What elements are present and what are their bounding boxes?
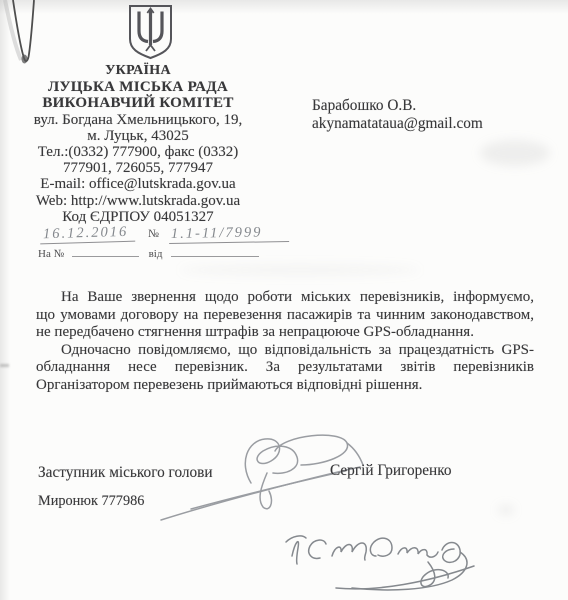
incoming-reference-row: На № від [38,246,259,260]
body-paragraph1-line1: На Ваше звернення щодо роботи міських пе… [36,289,534,307]
letterhead-org-line1: ЛУЦЬКА МІСЬКА РАДА [0,79,276,95]
scan-smudge [180,264,420,276]
letterhead-email-line: E-mail: office@lutskrada.gov.ua [0,176,276,192]
scan-mark [0,364,9,367]
body-paragraph1-line3: не передбачено стягнення штрафів за непр… [36,324,534,342]
recipient-name: Барабошко О.В. [312,97,483,115]
reference-row: 16.12.2016 № 1.1-11/7999 [40,224,289,242]
scan-smudge [480,140,550,166]
letterhead-web-line: Web: http://www.lutskrada.gov.ua [0,193,276,209]
executor-line: Миронюк 777986 [38,493,144,510]
incoming-date-label: від [149,248,163,260]
letterhead-address-line1: вул. Богдана Хмельницького, 19, [0,112,276,128]
body-paragraph2-line3: Організатором перевезень приймаються від… [36,377,534,395]
handwritten-outgoing-date: 16.12.2016 [40,224,135,245]
scanned-letter-page: УКРАЇНА ЛУЦЬКА МІСЬКА РАДА ВИКОНАВЧИЙ КО… [0,0,568,600]
incoming-number-blank [72,246,139,257]
number-sign: № [148,228,159,240]
scan-smudge [498,505,514,515]
body-paragraph1-line2: що умовами договору на перевезення пасаж… [36,307,534,325]
letterhead-address-line2: м. Луцьк, 43025 [0,128,276,144]
letterhead-phone-line2: 777901, 726055, 777947 [0,160,276,176]
letterhead-org-line2: ВИКОНАВЧИЙ КОМІТЕТ [0,95,276,111]
incoming-number-label: На № [38,248,64,260]
incoming-date-blank [171,246,259,257]
handwritten-outgoing-number: 1.1-11/7999 [169,224,289,244]
signer-name: Сергій Григоренко [330,462,452,480]
recipient-email: akynamatataua@gmail.com [312,115,483,133]
handwritten-note-scribble [278,520,483,598]
body-paragraph2-line2: обладнання несе перевізник. За результат… [36,359,534,377]
recipient-block: Барабошко О.В. akynamatataua@gmail.com [312,97,483,132]
coat-of-arms-icon [122,3,179,60]
scan-edge-shadow-top [0,0,568,14]
letterhead-edrpou-line: Код ЄДРПОУ 04051327 [0,209,276,225]
body-paragraph2-line1: Одночасно повідомляємо, що відповідальні… [36,342,534,360]
letter-body: На Ваше звернення щодо роботи міських пе… [36,289,534,395]
letterhead-country: УКРАЇНА [0,63,276,79]
letterhead-phone-line1: Тел.:(0332) 777900, факс (0332) [0,144,276,160]
letterhead: УКРАЇНА ЛУЦЬКА МІСЬКА РАДА ВИКОНАВЧИЙ КО… [0,63,276,225]
